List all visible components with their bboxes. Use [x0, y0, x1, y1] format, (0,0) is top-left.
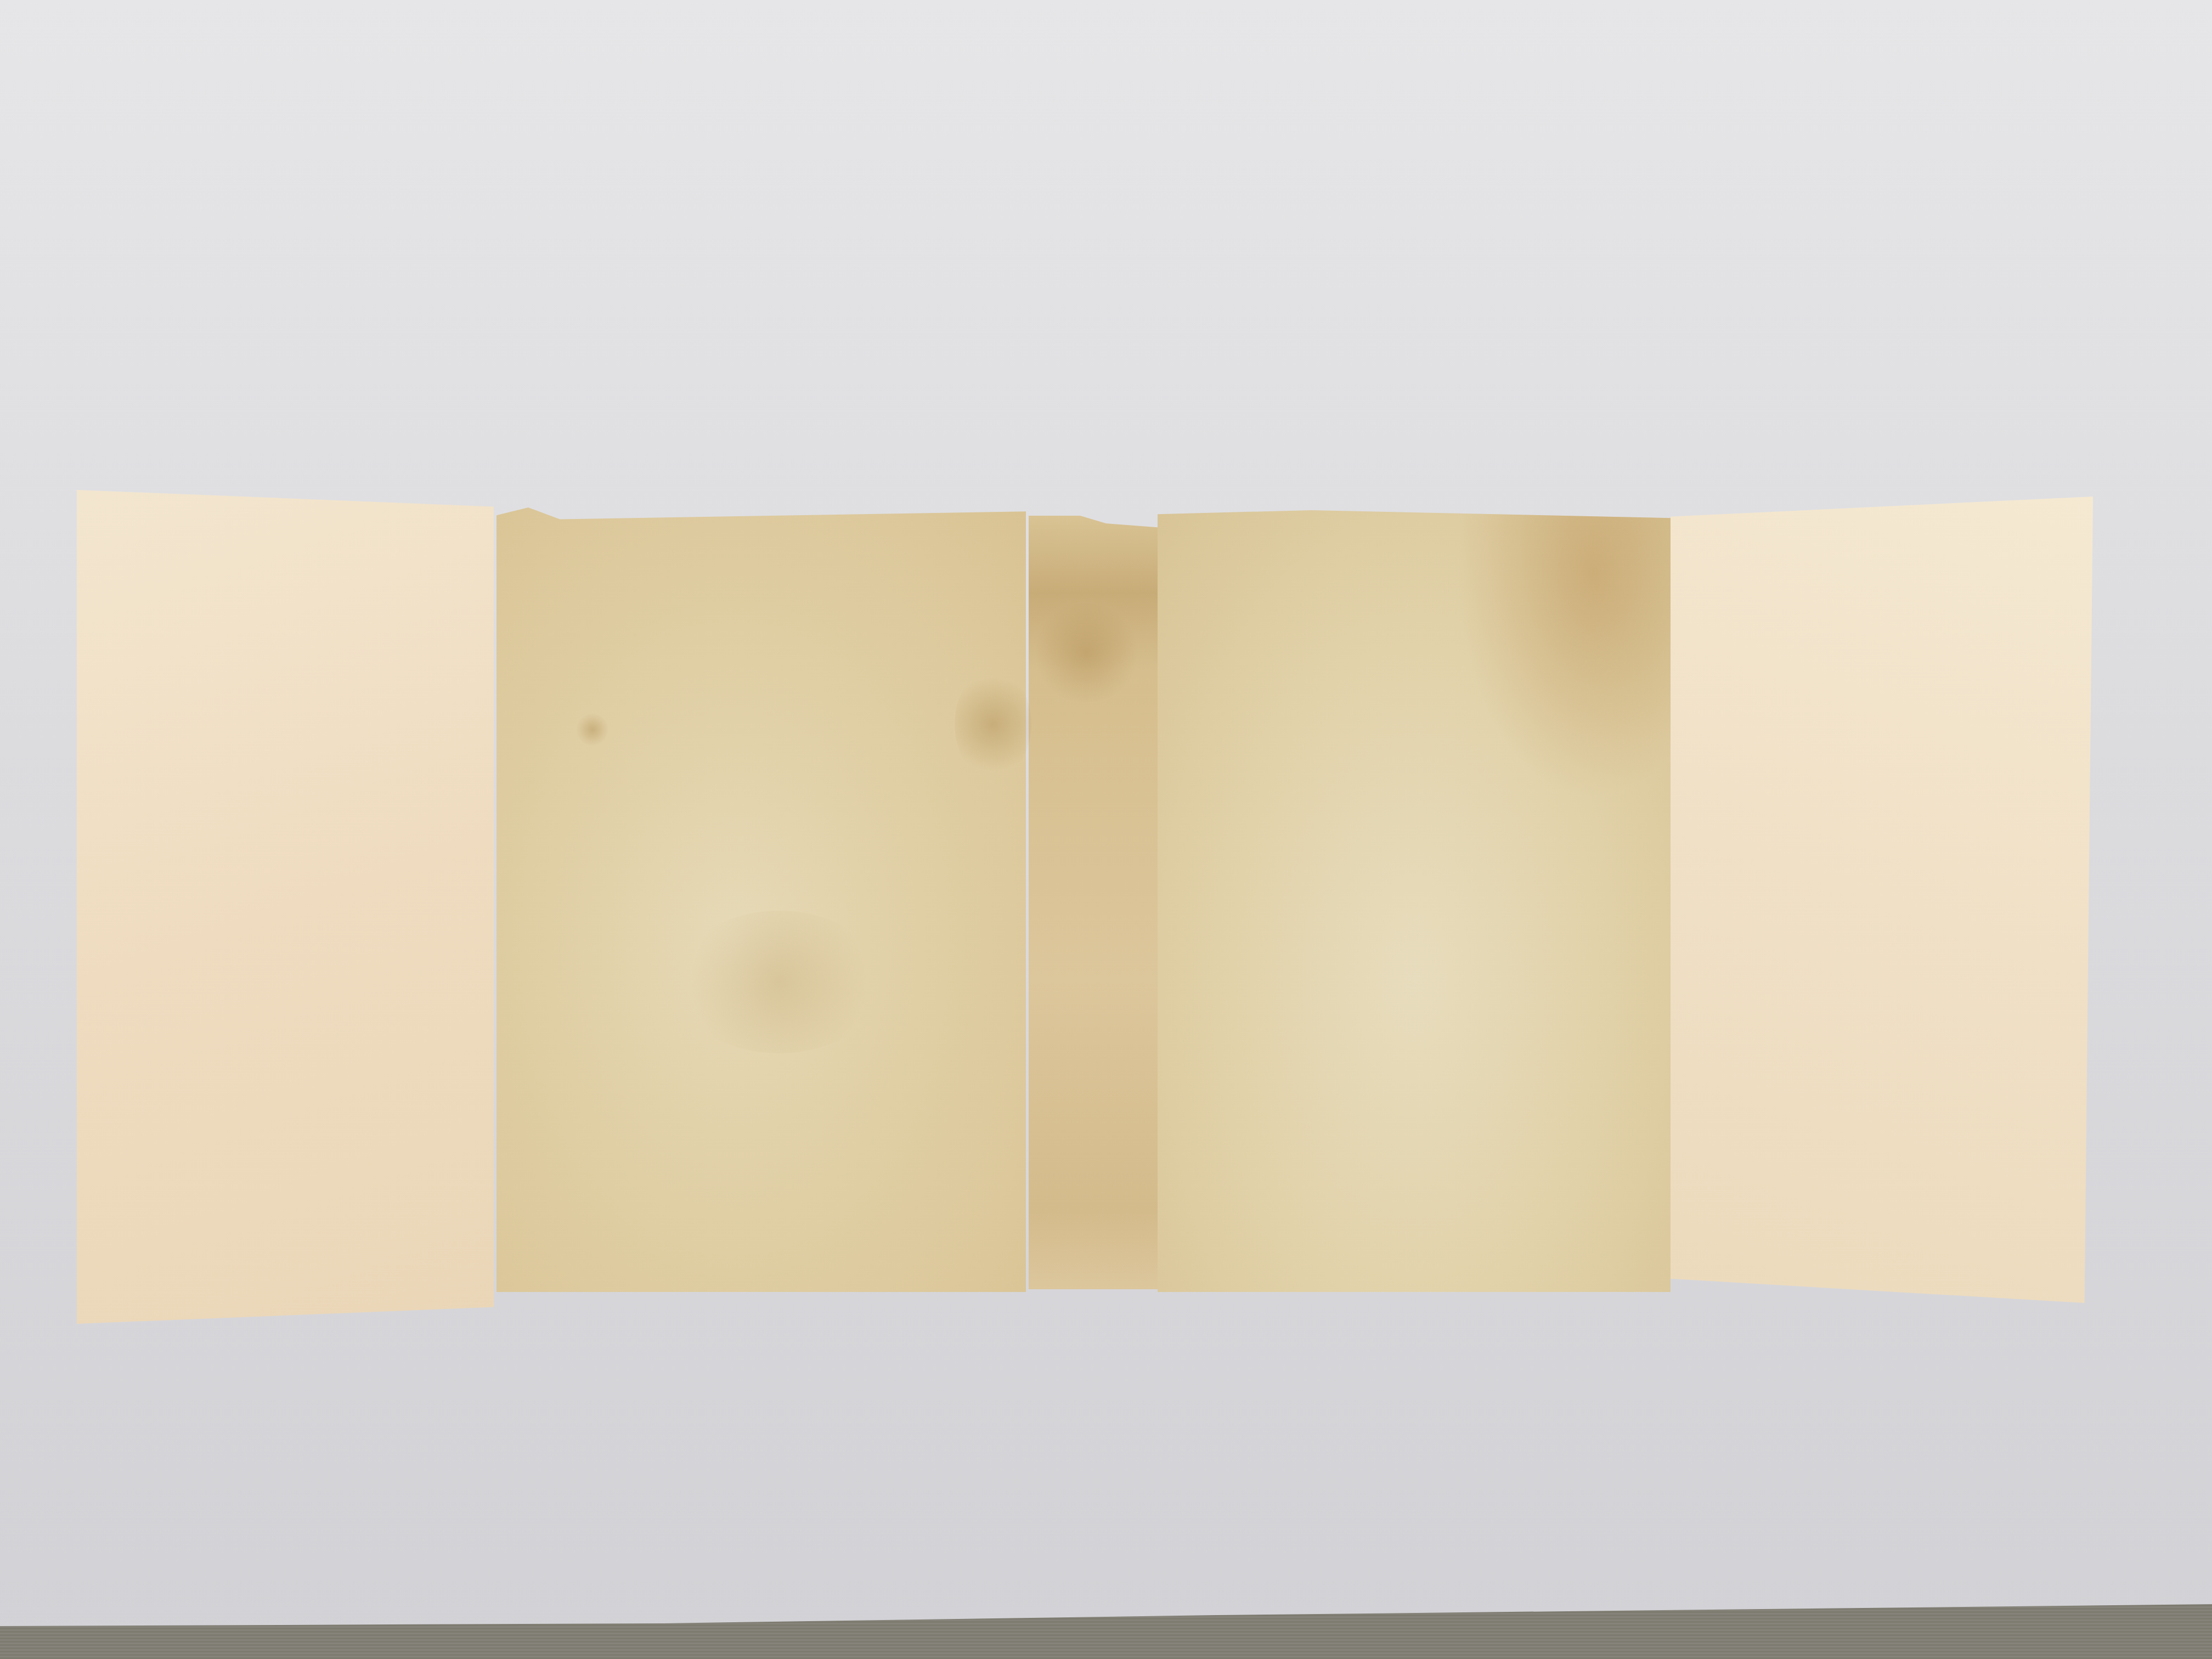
dust-jacket-right-flap — [1671, 496, 2093, 1303]
dust-jacket-back-cover — [496, 507, 1026, 1292]
dust-jacket-left-flap — [77, 490, 494, 1324]
water-stain — [955, 669, 1031, 779]
spine-water-stain — [1031, 603, 1141, 702]
foxing-stain — [576, 713, 609, 746]
dust-jacket-front-cover — [1158, 510, 1671, 1292]
faint-stain — [675, 911, 883, 1053]
